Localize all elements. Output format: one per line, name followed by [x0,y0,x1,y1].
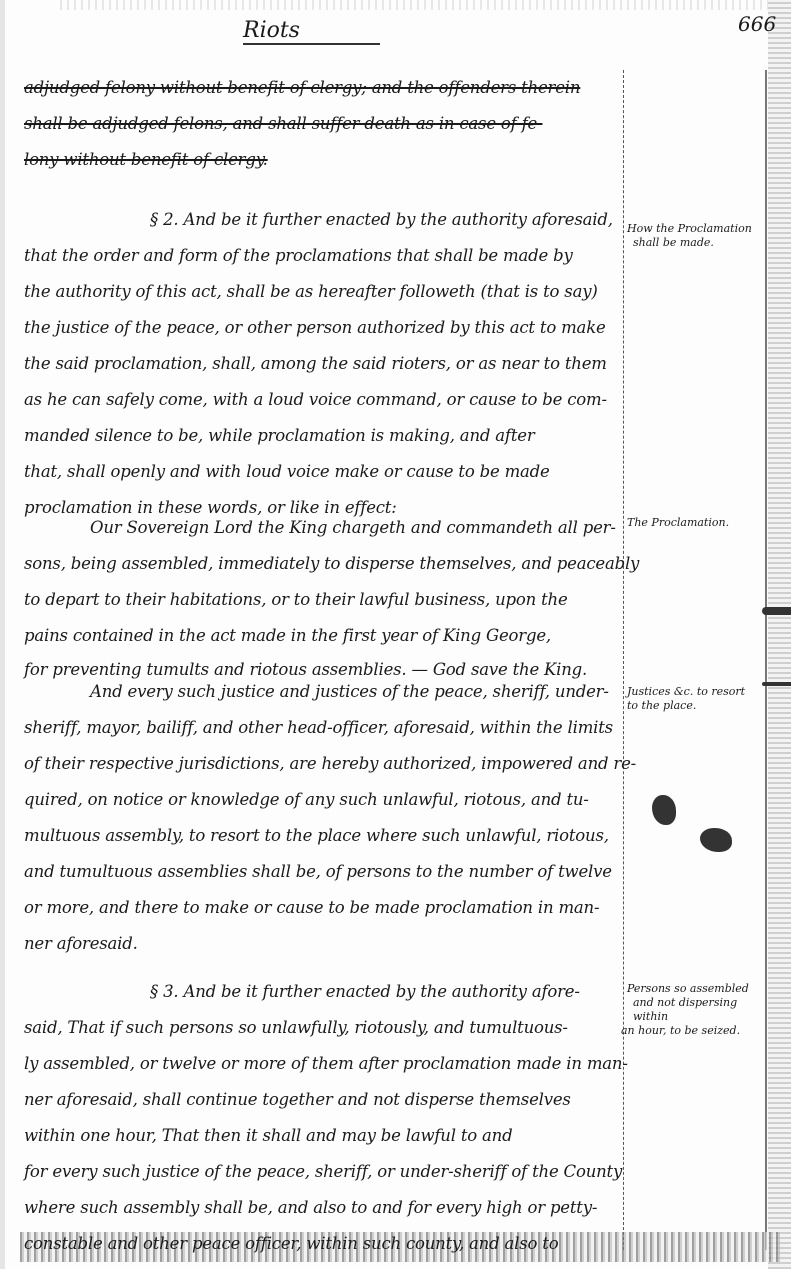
body-line: and tumultuous assemblies shall be, of p… [24,862,624,881]
margin-note-line: to the place. [627,699,767,713]
body-line: as he can safely come, with a loud voice… [24,390,624,409]
body-line: constable and other peace officer, withi… [24,1234,624,1253]
body-line: said, That if such persons so unlawfully… [24,1018,624,1037]
page-title: Riots [243,18,380,45]
body-line: for every such justice of the peace, she… [24,1162,624,1181]
body-line: And every such justice and justices of t… [90,682,690,701]
body-line: ly assembled, or twelve or more of them … [24,1054,624,1073]
body-line: the authority of this act, shall be as h… [24,282,624,301]
body-line: lony without benefit of clergy. [24,150,624,169]
scan-right-edge [768,0,791,1269]
body-line: adjudged felony without benefit of clerg… [24,78,624,97]
scan-noise-top [60,0,780,10]
body-line: sons, being assembled, immediately to di… [24,554,624,573]
margin-note-persons-assembled: Persons so assembled and not dispersing … [627,982,767,1038]
body-line: ner aforesaid. [24,934,624,953]
body-line: within one hour, That then it shall and … [24,1126,624,1145]
page-number: 666 [738,12,776,36]
body-line: quired, on notice or knowledge of any su… [24,790,624,809]
body-line: multuous assembly, to resort to the plac… [24,826,624,845]
body-line: that, shall openly and with loud voice m… [24,462,624,481]
margin-note-the-proclamation: The Proclamation. [627,516,767,530]
body-line: sheriff, mayor, bailiff, and other head-… [24,718,624,737]
body-line: that the order and form of the proclamat… [24,246,624,265]
body-line: the said proclamation, shall, among the … [24,354,624,373]
body-line: for preventing tumults and riotous assem… [24,660,624,679]
body-line: shall be adjudged felons, and shall suff… [24,114,624,133]
binding-tab-mark [762,682,791,686]
body-line: or more, and there to make or cause to b… [24,898,624,917]
margin-note-line: The Proclamation. [627,516,767,530]
margin-note-line: an hour, to be seized. [621,1024,767,1038]
ink-blot [652,795,676,825]
body-line: where such assembly shall be, and also t… [24,1198,624,1217]
body-line: pains contained in the act made in the f… [24,626,624,645]
body-line: to depart to their habitations, or to th… [24,590,624,609]
body-line: proclamation in these words, or like in … [24,498,624,517]
margin-note-line: Persons so assembled [627,982,767,996]
binding-tab-mark [762,607,791,615]
body-line: of their respective jurisdictions, are h… [24,754,624,773]
margin-note-how-proclamation: How the Proclamation shall be made. [627,222,767,250]
margin-note-line: and not dispersing within [627,996,767,1024]
body-line: manded silence to be, while proclamation… [24,426,624,445]
margin-note-line: How the Proclamation [627,222,767,236]
body-line: Our Sovereign Lord the King chargeth and… [90,518,690,537]
body-line: the justice of the peace, or other perso… [24,318,624,337]
margin-note-line: shall be made. [627,236,767,250]
margin-note-line: Justices &c. to resort [627,685,767,699]
body-line: ner aforesaid, shall continue together a… [24,1090,624,1109]
margin-note-justices-resort: Justices &c. to resort to the place. [627,685,767,713]
